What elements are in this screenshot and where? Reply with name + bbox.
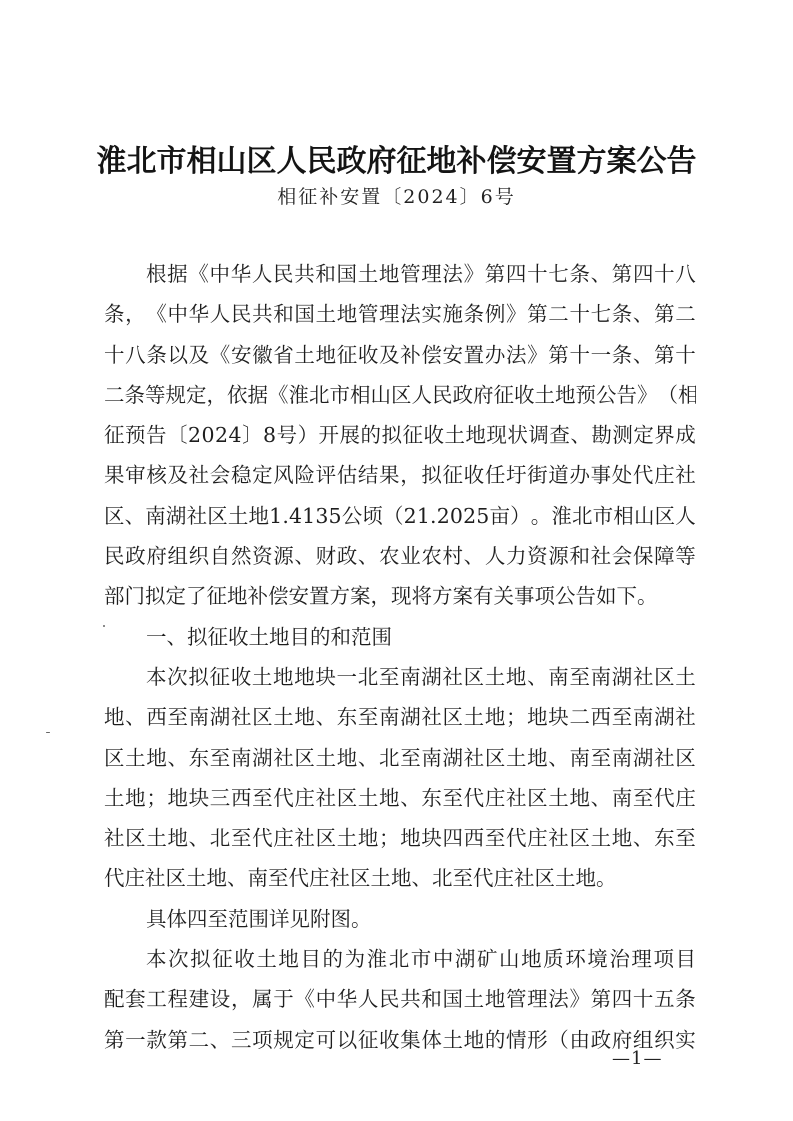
document-title: 淮北市相山区人民政府征地补偿安置方案公告 — [0, 136, 793, 180]
body-line: 代庄社区土地、南至代庄社区土地、北至代庄社区土地。 — [104, 858, 696, 898]
body-line: 根据《中华人民共和国土地管理法》第四十七条、第四十八 — [104, 254, 696, 294]
body-line: 征预告〔2024〕8号）开展的拟征收土地现状调查、勘测定界成 — [104, 415, 696, 455]
document-body: 根据《中华人民共和国土地管理法》第四十七条、第四十八 条，《中华人民共和国土地管… — [104, 254, 696, 1060]
scan-speck — [46, 732, 50, 733]
body-line: 十八条以及《安徽省土地征收及补偿安置办法》第十一条、第十 — [104, 335, 696, 375]
body-line: 具体四至范围详见附图。 — [104, 899, 696, 939]
body-line: 本次拟征收土地地块一北至南湖社区土地、南至南湖社区土 — [104, 657, 696, 697]
document-number: 相征补安置〔2024〕6号 — [0, 182, 793, 209]
body-line: 土地；地块三西至代庄社区土地、东至代庄社区土地、南至代庄 — [104, 778, 696, 818]
body-line: 地、西至南湖社区土地、东至南湖社区土地；地块二西至南湖社 — [104, 697, 696, 737]
body-line: 民政府组织自然资源、财政、农业农村、人力资源和社会保障等 — [104, 536, 696, 576]
body-line: 本次拟征收土地目的为淮北市中湖矿山地质环境治理项目 — [104, 939, 696, 979]
page-number: —1— — [612, 1048, 662, 1069]
body-line: 配套工程建设，属于《中华人民共和国土地管理法》第四十五条 — [104, 979, 696, 1019]
body-line: 区土地、东至南湖社区土地、北至南湖社区土地、南至南湖社区 — [104, 738, 696, 778]
body-line: 第一款第二、三项规定可以征收集体土地的情形（由政府组织实 — [104, 1020, 696, 1060]
body-line: 条，《中华人民共和国土地管理法实施条例》第二十七条、第二 — [104, 294, 696, 334]
body-line: 果审核及社会稳定风险评估结果，拟征收任圩街道办事处代庄社 — [104, 455, 696, 495]
body-line: 社区土地、北至代庄社区土地；地块四西至代庄社区土地、东至 — [104, 818, 696, 858]
body-line: 部门拟定了征地补偿安置方案，现将方案有关事项公告如下。 — [104, 576, 696, 616]
scan-speck — [103, 625, 105, 627]
section-heading: 一、拟征收土地目的和范围 — [104, 617, 696, 657]
body-line: 二条等规定，依据《淮北市相山区人民政府征收土地预公告》（相 — [104, 375, 696, 415]
body-line: 区、南湖社区土地1.4135公顷（21.2025亩）。淮北市相山区人 — [104, 496, 696, 536]
